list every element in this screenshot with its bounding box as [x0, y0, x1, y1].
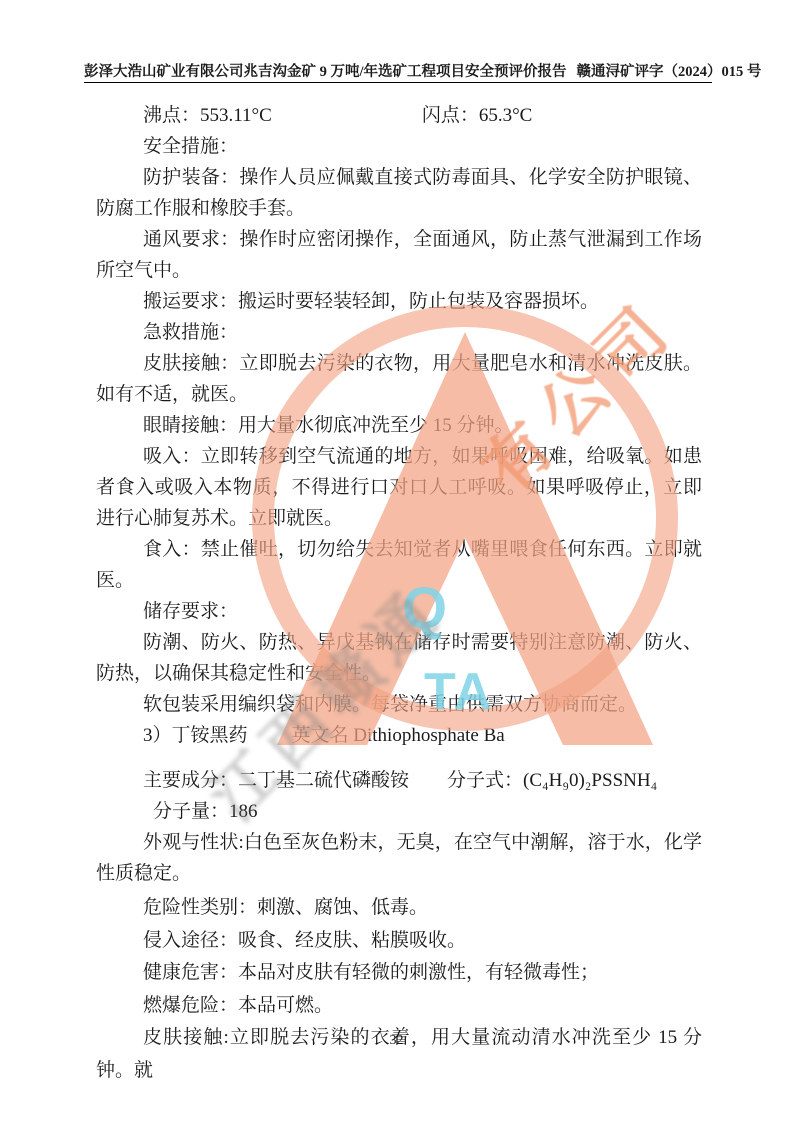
document-number: 赣通浔矿评字（2024）015 号: [577, 60, 762, 81]
hazard-section: 危险性类别：刺激、腐蚀、低毒。 侵入途径：吸食、经皮肤、粘膜吸收。 健康危害：本…: [96, 892, 702, 1087]
flammability-line: 燃爆危险：本品可燃。: [96, 990, 702, 1023]
ventilation-paragraph: 通风要求：操作时应密闭操作，全面通风，防止蒸气泄漏到工作场所空气中。: [96, 224, 702, 286]
page-footer: 32: [0, 1033, 793, 1049]
health-hazard-line: 健康危害：本品对皮肤有轻微的刺激性，有轻微毒性；: [96, 957, 702, 990]
protective-equipment-paragraph: 防护装备：操作人员应佩戴直接式防毒面具、化学安全防护眼镜、防腐工作服和橡胶手套。: [96, 162, 702, 224]
eye-contact-paragraph: 眼睛接触：用大量水彻底冲洗至少 15 分钟。: [96, 410, 702, 441]
storage-paragraph: 防潮、防火、防热、异戊基钠在储存时需要特别注意防潮、防火、防热，以确保其稳定性和…: [96, 627, 702, 689]
chemical3-title-line: 3）丁铵黑药英文名 Dithiophosphate Ba: [96, 720, 702, 751]
first-aid-heading: 急救措施：: [96, 317, 702, 348]
handling-paragraph: 搬运要求：搬运时要轻装轻卸，防止包装及容器损坏。: [96, 286, 702, 317]
physical-properties-line: 沸点：553.11°C闪点：65.3°C: [96, 100, 702, 131]
boiling-point: 沸点：553.11°C: [143, 105, 272, 126]
report-page: 彭泽大浩山矿业有限公司兆吉沟金矿 9 万吨/年选矿工程项目安全预评价报告 赣通浔…: [0, 0, 793, 1122]
appearance-paragraph: 外观与性状:白色至灰色粉末，无臭，在空气中潮解，溶于水，化学性质稳定。: [96, 827, 702, 889]
storage-heading: 储存要求：: [96, 596, 702, 627]
composition-line: 主要成分：二丁基二硫代磷酸铵分子式：(C₄H₉0)₂PSSNH₄: [96, 765, 702, 796]
document-body: 沸点：553.11°C闪点：65.3°C 安全措施： 防护装备：操作人员应佩戴直…: [96, 100, 702, 1087]
exposure-routes-line: 侵入途径：吸食、经皮肤、粘膜吸收。: [96, 925, 702, 958]
page-number: 32: [390, 1033, 404, 1048]
ingestion-paragraph: 食入：禁止催吐，切勿给失去知觉者从嘴里喂食任何东西。立即就医。: [96, 534, 702, 596]
packaging-paragraph: 软包装采用编织袋和内膜。每袋净重由供需双方协商而定。: [96, 689, 702, 720]
page-header: 彭泽大浩山矿业有限公司兆吉沟金矿 9 万吨/年选矿工程项目安全预评价报告 赣通浔…: [84, 60, 712, 83]
skin-contact-paragraph: 皮肤接触：立即脱去污染的衣物，用大量肥皂水和清水冲洗皮肤。如有不适，就医。: [96, 348, 702, 410]
chemical3-name: 3）丁铵黑药: [143, 725, 248, 746]
inhalation-paragraph: 吸入：立即转移到空气流通的地方，如果呼吸困难，给吸氧。如患者食入或吸入本物质，不…: [96, 441, 702, 534]
skin-contact2-line: 皮肤接触:立即脱去污染的衣着，用大量流动清水冲洗至少 15 分钟。就: [96, 1022, 702, 1087]
molecular-formula: 分子式：(C₄H₉0)₂PSSNH₄: [447, 770, 657, 791]
molecular-weight-line: 分子量：186: [96, 796, 702, 827]
safety-measures-heading: 安全措施：: [96, 131, 702, 162]
report-title: 彭泽大浩山矿业有限公司兆吉沟金矿 9 万吨/年选矿工程项目安全预评价报告: [84, 60, 567, 81]
flash-point: 闪点：65.3°C: [422, 105, 533, 126]
main-component: 主要成分：二丁基二硫代磷酸铵: [143, 770, 409, 791]
hazard-class-line: 危险性类别：刺激、腐蚀、低毒。: [96, 892, 702, 925]
chemical3-english-name: 英文名 Dithiophosphate Ba: [292, 725, 505, 746]
